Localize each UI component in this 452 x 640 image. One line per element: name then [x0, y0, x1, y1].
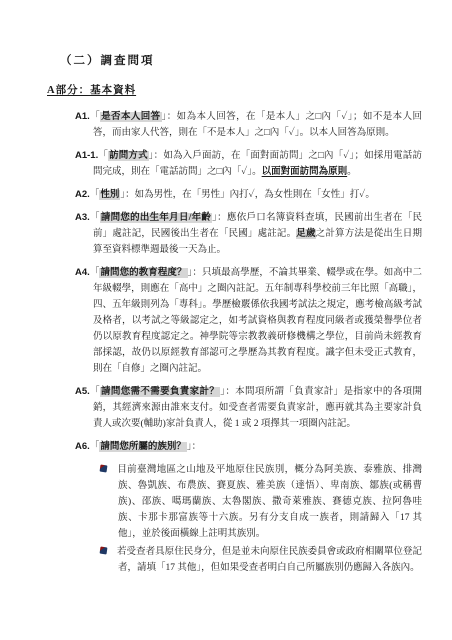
bullet-item: 若受查者具原住民身分，但是並未向原住民族委員會或政府相關單位登記者，請填「17 …	[100, 544, 422, 576]
document-page: （二）調查問項 A部分：基本資料 A1.「是否本人回答」：如為本人回答，在「是本…	[0, 0, 452, 640]
question-id: A4.	[75, 267, 90, 278]
question-title: 請問您的教育程度？	[99, 268, 187, 278]
question-title: 訪問方式	[108, 151, 149, 161]
question-id: A1-1.	[75, 150, 98, 161]
question-text: ：只填最高學歷，不論其畢業、輟學或在學。如高中二年級輟學，則應在「高中」之圈內註…	[93, 268, 422, 374]
question-list: A1.「是否本人回答」：如為本人回答，在「是本人」之□內「✓」；如不是本人回答，…	[47, 109, 422, 576]
bracket-open: 「	[90, 268, 100, 278]
question-id: A1.	[75, 111, 90, 122]
question-title: 性別	[99, 190, 120, 200]
question-id: A3.	[75, 212, 90, 223]
question-title: 請問您所屬的族別？	[99, 442, 187, 452]
question-item: A5.「請問您需不需要負責家計？」：本問項所謂「負責家計」是指家中的各項開銷，其…	[75, 384, 422, 432]
question-text: 。	[347, 167, 357, 177]
question-text: 以面對面訪問為原則	[262, 167, 348, 177]
question-item: A1-1.「訪問方式」：如為入戶面訪，在「面對面訪問」之□內「✓」；如採用電話訪…	[75, 148, 422, 180]
question-title: 請問您的出生年月日/年齡	[100, 213, 212, 223]
question-item: A3.「請問您的出生年月日/年齡」：應依戶口名簿資料查填，民國前出生者在「民前」…	[75, 210, 422, 258]
diamond-bullet-icon	[100, 465, 108, 473]
question-id: A5.	[75, 386, 90, 397]
question-title: 是否本人回答	[100, 112, 161, 122]
question-item: A4.「請問您的教育程度？」：只填最高學歷，不論其畢業、輟學或在學。如高中二年級…	[75, 265, 422, 377]
part-heading: A部分：基本資料	[47, 82, 422, 97]
bullet-text: 目前臺灣地區之山地及平地原住民族別，概分為阿美族、泰雅族、排灣族、魯凱族、布農族…	[117, 465, 422, 539]
question-id: A2.	[75, 189, 90, 200]
diamond-bullet-icon	[100, 547, 108, 555]
bullet-item: 目前臺灣地區之山地及平地原住民族別，概分為阿美族、泰雅族、排灣族、魯凱族、布農族…	[100, 462, 422, 542]
question-text: ：	[192, 442, 202, 452]
bracket-open: 「	[98, 151, 108, 161]
bracket-open: 「	[90, 112, 100, 122]
bracket-open: 「	[90, 387, 100, 397]
section-title: （二）調查問項	[60, 52, 422, 68]
question-text: ：如為男性，在「男性」內打✓，為女性則在「女性」打✓。	[125, 190, 375, 200]
question-item: A6.「請問您所屬的族別？」：	[75, 439, 422, 455]
question-title: 請問您需不需要負責家計？	[100, 387, 220, 397]
bracket-open: 「	[90, 190, 100, 200]
question-id: A6.	[75, 441, 90, 452]
bracket-open: 「	[90, 442, 100, 452]
question-text: 足歲	[296, 229, 315, 239]
question-item: A2.「性別」：如為男性，在「男性」內打✓，為女性則在「女性」打✓。	[75, 187, 422, 203]
bullet-text: 若受查者具原住民身分，但是並未向原住民族委員會或政府相關單位登記者，請填「17 …	[117, 547, 422, 573]
question-item: A1.「是否本人回答」：如為本人回答，在「是本人」之□內「✓」；如不是本人回答，…	[75, 109, 422, 141]
bracket-open: 「	[90, 213, 100, 223]
